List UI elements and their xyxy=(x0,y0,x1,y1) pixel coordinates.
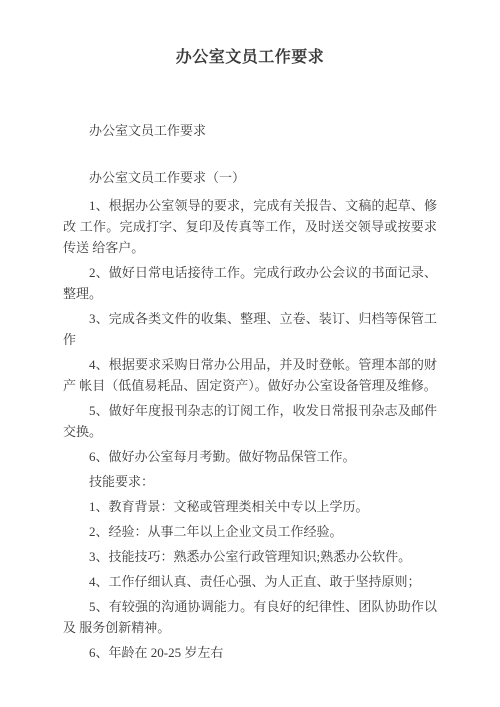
document-subheading: 办公室文员工作要求（一） xyxy=(63,167,437,188)
document-page: 办公室文员工作要求 办公室文员工作要求 办公室文员工作要求（一） 1、根据办公室… xyxy=(0,0,500,707)
duty-item-6: 6、做好办公室每月考勤。做好物品保管工作。 xyxy=(63,446,437,467)
duty-item-3: 3、完成各类文件的收集、整理、立卷、装订、归档等保管工作 xyxy=(63,308,437,350)
document-heading: 办公室文员工作要求 xyxy=(63,120,437,141)
duty-item-1: 1、根据办公室领导的要求，完成有关报告、文稿的起草、修改 工作。完成打字、复印及… xyxy=(63,195,437,258)
document-title: 办公室文员工作要求 xyxy=(63,46,437,70)
skill-item-4: 4、工作仔细认真、责任心强、为人正直、敢于坚持原则； xyxy=(63,571,437,592)
duty-item-2: 2、做好日常电话接待工作。完成行政办公会议的书面记录、整理。 xyxy=(63,262,437,304)
skills-section-label: 技能要求： xyxy=(63,471,437,492)
skill-item-6: 6、年龄在 20-25 岁左右 xyxy=(63,642,437,663)
skill-item-1: 1、教育背景：文秘或管理类相关中专以上学历。 xyxy=(63,496,437,517)
duty-item-5: 5、做好年度报刊杂志的订阅工作，收发日常报刊杂志及邮件交换。 xyxy=(63,400,437,442)
skill-item-2: 2、经验：从事二年以上企业文员工作经验。 xyxy=(63,521,437,542)
duty-item-4: 4、根据要求采购日常办公用品，并及时登帐。管理本部的财产 帐目（低值易耗品、固定… xyxy=(63,354,437,396)
skill-item-5: 5、有较强的沟通协调能力。有良好的纪律性、团队协助作以及 服务创新精神。 xyxy=(63,596,437,638)
skill-item-3: 3、技能技巧：熟悉办公室行政管理知识;熟悉办公软件。 xyxy=(63,546,437,567)
